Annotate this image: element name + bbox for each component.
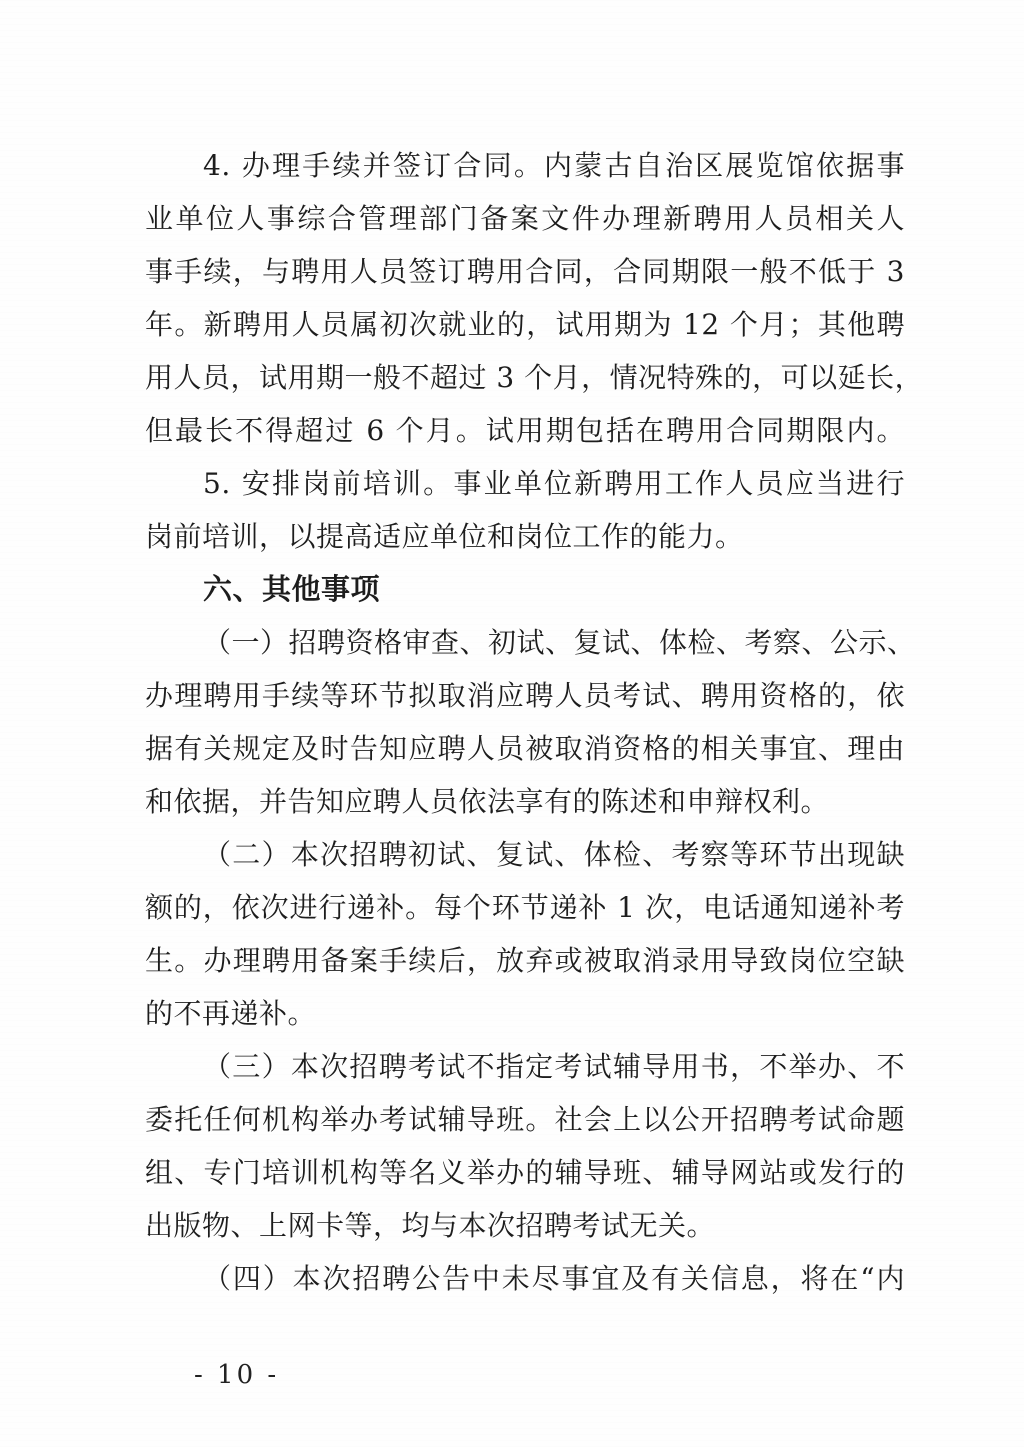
doc-line: 4. 办理手续并签订合同。内蒙古自治区展览馆依据事 — [145, 139, 905, 192]
doc-line: 据有关规定及时告知应聘人员被取消资格的相关事宜、理由 — [145, 722, 905, 775]
doc-line: 额的，依次进行递补。每个环节递补 1 次，电话通知递补考 — [145, 881, 905, 934]
doc-line: （四）本次招聘公告中未尽事宜及有关信息，将在“内 — [145, 1252, 905, 1305]
doc-line: 和依据，并告知应聘人员依法享有的陈述和申辩权利。 — [145, 775, 905, 828]
doc-line: 办理聘用手续等环节拟取消应聘人员考试、聘用资格的，依 — [145, 669, 905, 722]
doc-line: 用人员，试用期一般不超过 3 个月，情况特殊的，可以延长， — [145, 351, 905, 404]
doc-line: 年。新聘用人员属初次就业的，试用期为 12 个月；其他聘 — [145, 298, 905, 351]
doc-line: 岗前培训，以提高适应单位和岗位工作的能力。 — [145, 510, 905, 563]
doc-line: （一）招聘资格审查、初试、复试、体检、考察、公示、 — [145, 616, 905, 669]
doc-line: 委托任何机构举办考试辅导班。社会上以公开招聘考试命题 — [145, 1093, 905, 1146]
section-heading: 六、其他事项 — [145, 563, 905, 616]
doc-line: 组、专门培训机构等名义举办的辅导班、辅导网站或发行的 — [145, 1146, 905, 1199]
doc-line: 生。办理聘用备案手续后，放弃或被取消录用导致岗位空缺 — [145, 934, 905, 987]
text-block: 4. 办理手续并签订合同。内蒙古自治区展览馆依据事 业单位人事综合管理部门备案文… — [145, 139, 905, 1305]
doc-line: 出版物、上网卡等，均与本次招聘考试无关。 — [145, 1199, 905, 1252]
doc-line: 5. 安排岗前培训。事业单位新聘用工作人员应当进行 — [145, 457, 905, 510]
doc-line: 业单位人事综合管理部门备案文件办理新聘用人员相关人 — [145, 192, 905, 245]
page-number: - 10 - — [194, 1360, 279, 1390]
doc-line: （三）本次招聘考试不指定考试辅导用书，不举办、不 — [145, 1040, 905, 1093]
doc-line: 的不再递补。 — [145, 987, 905, 1040]
document-page: 4. 办理手续并签订合同。内蒙古自治区展览馆依据事 业单位人事综合管理部门备案文… — [0, 0, 1024, 1447]
doc-line: 但最长不得超过 6 个月。试用期包括在聘用合同期限内。 — [145, 404, 905, 457]
doc-line: 事手续，与聘用人员签订聘用合同，合同期限一般不低于 3 — [145, 245, 905, 298]
doc-line: （二）本次招聘初试、复试、体检、考察等环节出现缺 — [145, 828, 905, 881]
